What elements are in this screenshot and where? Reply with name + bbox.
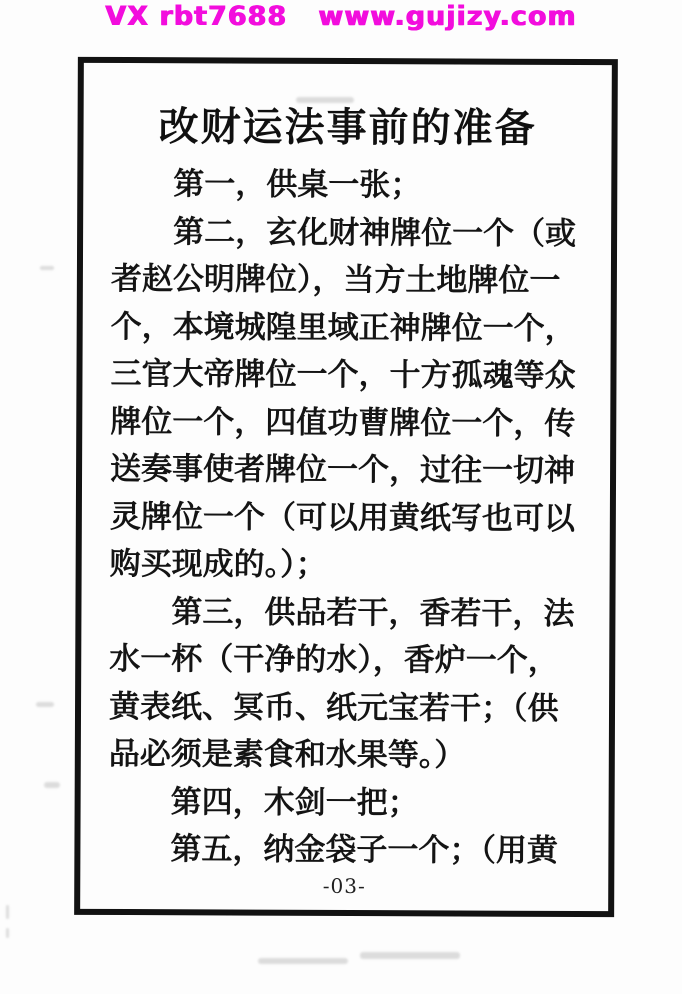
text-line: 送奏事使者牌位一个，过往一切神 xyxy=(110,446,594,496)
page-title: 改财运法事前的准备 xyxy=(83,103,611,153)
scan-artifact xyxy=(6,905,9,919)
text-line: 第三，供品若干，香若干，法 xyxy=(109,588,593,638)
text-line: 个，本境城隍里域正神牌位一个， xyxy=(111,303,595,353)
scan-artifact xyxy=(296,97,354,103)
scan-artifact xyxy=(36,702,54,707)
text-line: 水一杯（干净的水），香炉一个， xyxy=(109,636,593,686)
text-line: 灵牌位一个（可以用黄纸写也可以 xyxy=(110,493,594,543)
scan-artifact xyxy=(360,952,460,959)
text-line: 品必须是素食和水果等。） xyxy=(109,731,593,781)
text-line: 牌位一个，四值功曹牌位一个，传 xyxy=(110,398,594,448)
scan-artifact xyxy=(258,958,348,964)
text-line: 第四，木剑一把； xyxy=(109,778,593,828)
text-line: 第五，纳金袋子一个；（用黄 xyxy=(108,826,592,876)
text-line: 购买现成的。）； xyxy=(110,541,594,591)
scan-artifact xyxy=(44,782,60,788)
scan-artifact xyxy=(40,266,54,270)
watermark-header: VX rbt7688 www.gujizy.com xyxy=(0,1,682,32)
document-body: 第一，供桌一张； 第二，玄化财神牌位一个（或 者赵公明牌位），当方土地牌位一 个… xyxy=(80,161,611,876)
text-line: 第二，玄化财神牌位一个（或 xyxy=(111,208,595,258)
text-line: 第一，供桌一张； xyxy=(111,161,595,211)
text-line: 者赵公明牌位），当方土地牌位一 xyxy=(111,256,595,306)
text-line: 三官大帝牌位一个，十方孤魂等众 xyxy=(110,351,594,401)
page-number: -03- xyxy=(80,873,608,899)
page-border-frame: 改财运法事前的准备 第一，供桌一张； 第二，玄化财神牌位一个（或 者赵公明牌位）… xyxy=(74,57,618,917)
scan-artifact xyxy=(6,928,9,938)
text-line: 黄表纸、冥币、纸元宝若干；（供 xyxy=(109,683,593,733)
